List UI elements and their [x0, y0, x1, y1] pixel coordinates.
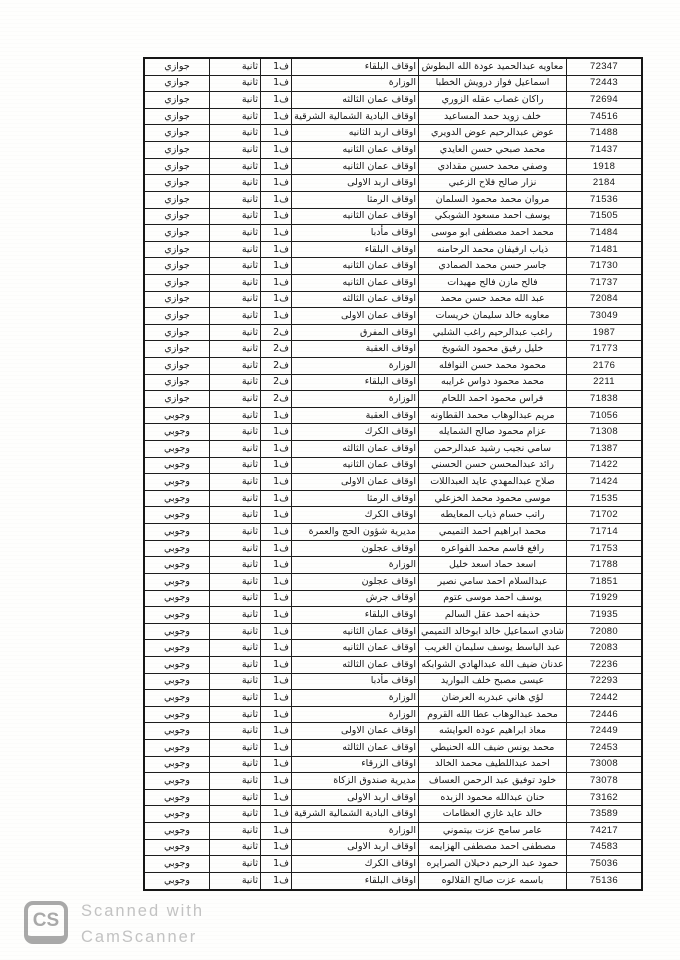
employee-name: محمد ابراهيم احمد التميمي [419, 524, 567, 541]
employee-name: سامي نجيب رشيد عبدالرحمن [419, 441, 567, 458]
tier: ثانية [210, 58, 261, 75]
employee-name: رافع قاسم محمد الفواعره [419, 540, 567, 557]
table-row: 71437محمد صبحي حسن العايدياوقاف عمان الث… [144, 142, 642, 159]
grade: ف1 [261, 690, 292, 707]
employee-name: عيسى مصبح خلف البواريد [419, 673, 567, 690]
grade: ف1 [261, 773, 292, 790]
tier: ثانية [210, 341, 261, 358]
tier: ثانية [210, 291, 261, 308]
tier: ثانية [210, 607, 261, 624]
tier: ثانية [210, 457, 261, 474]
grade: ف1 [261, 175, 292, 192]
promotion-type: وجوبي [144, 806, 210, 823]
promotion-type: وجوبي [144, 441, 210, 458]
records-table-body: 72347معاويه عبدالحميد عودة الله البطوشاو… [144, 58, 642, 890]
employee-number: 74217 [567, 823, 643, 840]
directorate: الوزارة [292, 690, 419, 707]
directorate: اوقاف البلقاء [292, 241, 419, 258]
promotion-type: وجوبي [144, 557, 210, 574]
table-row: 75136باسمه عزت صالح القلالوهاوقاف البلقا… [144, 872, 642, 890]
employee-name: خلف زويد حمد المساعيد [419, 108, 567, 125]
directorate: اوقاف البلقاء [292, 872, 419, 890]
directorate: اوقاف عمان الثالثه [292, 291, 419, 308]
directorate: اوقاف الرمثا [292, 490, 419, 507]
directorate: اوقاف عمان الثانيه [292, 457, 419, 474]
tier: ثانية [210, 640, 261, 657]
table-row: 71488عوض عبدالرحيم عوض الدويرياوقاف اربد… [144, 125, 642, 142]
tier: ثانية [210, 540, 261, 557]
directorate: اوقاف عمان الثالثه [292, 441, 419, 458]
grade: ف1 [261, 92, 292, 109]
table-row: 1918وصفي محمد حسين مقدادياوقاف عمان الثا… [144, 158, 642, 175]
employee-number: 71851 [567, 573, 643, 590]
table-row: 71702راتب حسام ذياب المعايطهاوقاف الكركف… [144, 507, 642, 524]
tier: ثانية [210, 358, 261, 375]
tier: ثانية [210, 490, 261, 507]
employee-number: 71484 [567, 225, 643, 242]
employee-name: فالح مازن فالح مهيدات [419, 274, 567, 291]
employee-name: راتب حسام ذياب المعايطه [419, 507, 567, 524]
tier: ثانية [210, 806, 261, 823]
directorate: اوقاف اربد الاولى [292, 789, 419, 806]
directorate: اوقاف عمان الثانيه [292, 158, 419, 175]
grade: ف1 [261, 640, 292, 657]
tier: ثانية [210, 773, 261, 790]
grade: ف1 [261, 75, 292, 92]
employee-name: عدنان ضيف الله عبدالهادي الشوابكه [419, 656, 567, 673]
employee-name: فراس محمود احمد اللحام [419, 391, 567, 408]
promotion-type: وجوبي [144, 773, 210, 790]
grade: ف1 [261, 540, 292, 557]
grade: ف1 [261, 656, 292, 673]
promotion-type: جوازي [144, 374, 210, 391]
employee-name: صلاح عبدالمهدي عايد العبداللات [419, 474, 567, 491]
promotion-type: جوازي [144, 108, 210, 125]
grade: ف1 [261, 125, 292, 142]
tier: ثانية [210, 856, 261, 873]
employee-number: 72694 [567, 92, 643, 109]
directorate: الوزارة [292, 75, 419, 92]
directorate: اوقاف عمان الثانيه [292, 208, 419, 225]
grade: ف1 [261, 274, 292, 291]
employee-name: خليل رفيق محمود الشويخ [419, 341, 567, 358]
table-row: 72080شادي اسماعيل خالد ابوخالد التميمياو… [144, 623, 642, 640]
table-row: 72084عبد الله محمد حسن محمداوقاف عمان ال… [144, 291, 642, 308]
grade: ف2 [261, 324, 292, 341]
directorate: اوقاف عمان الثانيه [292, 640, 419, 657]
grade: ف1 [261, 706, 292, 723]
employee-number: 71730 [567, 258, 643, 275]
table-row: 71935حذيفه احمد عقل السالماوقاف البلقاءف… [144, 607, 642, 624]
employee-number: 71536 [567, 191, 643, 208]
table-row: 72694راكان غصاب عقله الزورياوقاف عمان ال… [144, 92, 642, 109]
directorate: اوقاف عجلون [292, 540, 419, 557]
employee-name: مريم عبدالوهاب محمد القطاونه [419, 407, 567, 424]
promotion-type: جوازي [144, 241, 210, 258]
promotion-type: جوازي [144, 358, 210, 375]
tier: ثانية [210, 872, 261, 890]
promotion-type: جوازي [144, 158, 210, 175]
table-row: 71422رائد عبدالمحسن حسن الحسنياوقاف عمان… [144, 457, 642, 474]
employee-name: لؤي هاني عبدربه العرضان [419, 690, 567, 707]
employee-number: 71753 [567, 540, 643, 557]
employee-name: محمد يونس ضيف الله الحنيطي [419, 740, 567, 757]
promotion-type: جوازي [144, 391, 210, 408]
promotion-type: وجوبي [144, 474, 210, 491]
employee-number: 73008 [567, 756, 643, 773]
grade: ف1 [261, 258, 292, 275]
grade: ف1 [261, 756, 292, 773]
table-row: 71929يوسف احمد موسى عتوماوقاف جرشف1ثانية… [144, 590, 642, 607]
employee-name: اسماعيل فواز درويش الخطبا [419, 75, 567, 92]
employee-number: 71505 [567, 208, 643, 225]
promotion-type: وجوبي [144, 540, 210, 557]
promotion-type: وجوبي [144, 706, 210, 723]
directorate: اوقاف الكرك [292, 424, 419, 441]
table-row: 72443اسماعيل فواز درويش الخطباالوزارةف1ث… [144, 75, 642, 92]
grade: ف1 [261, 673, 292, 690]
promotion-type: وجوبي [144, 756, 210, 773]
table-row: 72236عدنان ضيف الله عبدالهادي الشوابكهاو… [144, 656, 642, 673]
employee-name: عامر سامح عزت بيتموني [419, 823, 567, 840]
tier: ثانية [210, 623, 261, 640]
promotion-type: وجوبي [144, 656, 210, 673]
employee-name: حذيفه احمد عقل السالم [419, 607, 567, 624]
promotion-type: وجوبي [144, 839, 210, 856]
promotion-type: وجوبي [144, 407, 210, 424]
employee-name: محمد صبحي حسن العايدي [419, 142, 567, 159]
grade: ف1 [261, 823, 292, 840]
promotion-type: جوازي [144, 258, 210, 275]
employee-name: باسمه عزت صالح القلالوه [419, 872, 567, 890]
directorate: مديرية صندوق الزكاة [292, 773, 419, 790]
table-row: 1987راغب عبدالرحيم راغب الشلبياوقاف المف… [144, 324, 642, 341]
table-row: 72446محمد عبدالوهاب عطا الله القرومالوزا… [144, 706, 642, 723]
table-row: 73162حنان عبدالله محمود الزبدهاوقاف اربد… [144, 789, 642, 806]
promotion-type: وجوبي [144, 573, 210, 590]
promotion-type: وجوبي [144, 823, 210, 840]
promotion-type: وجوبي [144, 872, 210, 890]
promotion-type: وجوبي [144, 640, 210, 657]
grade: ف1 [261, 789, 292, 806]
employee-name: راكان غصاب عقله الزوري [419, 92, 567, 109]
tier: ثانية [210, 690, 261, 707]
tier: ثانية [210, 557, 261, 574]
grade: ف1 [261, 590, 292, 607]
grade: ف1 [261, 740, 292, 757]
employee-number: 71424 [567, 474, 643, 491]
watermark-line2: CamScanner [81, 925, 204, 951]
table-row: 72442لؤي هاني عبدربه العرضانالوزارةف1ثان… [144, 690, 642, 707]
table-row: 71424صلاح عبدالمهدي عايد العبداللاتاوقاف… [144, 474, 642, 491]
camscanner-watermark-text: Scanned with CamScanner [81, 899, 204, 950]
directorate: اوقاف عمان الثالثه [292, 656, 419, 673]
directorate: الوزارة [292, 706, 419, 723]
employee-number: 73589 [567, 806, 643, 823]
tier: ثانية [210, 108, 261, 125]
directorate: اوقاف الزرقاء [292, 756, 419, 773]
employee-number: 71056 [567, 407, 643, 424]
promotion-records-table: 72347معاويه عبدالحميد عودة الله البطوشاو… [143, 57, 643, 891]
employee-name: عبد الله محمد حسن محمد [419, 291, 567, 308]
tier: ثانية [210, 823, 261, 840]
promotion-type: وجوبي [144, 457, 210, 474]
tier: ثانية [210, 75, 261, 92]
promotion-type: جوازي [144, 125, 210, 142]
tier: ثانية [210, 175, 261, 192]
table-row: 72083عبد الباسط يوسف سليمان الغريباوقاف … [144, 640, 642, 657]
employee-name: احمد عبداللطيف محمد الخالد [419, 756, 567, 773]
tier: ثانية [210, 740, 261, 757]
directorate: اوقاف جرش [292, 590, 419, 607]
employee-number: 71437 [567, 142, 643, 159]
employee-name: خالد عايد غازي العظامات [419, 806, 567, 823]
employee-name: محمد عبدالوهاب عطا الله القروم [419, 706, 567, 723]
table-row: 71714محمد ابراهيم احمد التميميمديرية شؤو… [144, 524, 642, 541]
table-row: 71056مريم عبدالوهاب محمد القطاونهاوقاف ا… [144, 407, 642, 424]
table-row: 72453محمد يونس ضيف الله الحنيطياوقاف عما… [144, 740, 642, 757]
directorate: الوزارة [292, 391, 419, 408]
directorate: اوقاف عمان الثانيه [292, 623, 419, 640]
tier: ثانية [210, 225, 261, 242]
employee-name: شادي اسماعيل خالد ابوخالد التميمي [419, 623, 567, 640]
employee-number: 2176 [567, 358, 643, 375]
directorate: اوقاف عمان الثانيه [292, 274, 419, 291]
employee-number: 1918 [567, 158, 643, 175]
grade: ف1 [261, 557, 292, 574]
tier: ثانية [210, 241, 261, 258]
employee-number: 72084 [567, 291, 643, 308]
grade: ف1 [261, 208, 292, 225]
tier: ثانية [210, 391, 261, 408]
tier: ثانية [210, 308, 261, 325]
table-row: 74583مصطفى احمد مصطفى الهزايمهاوقاف اربد… [144, 839, 642, 856]
grade: ف1 [261, 856, 292, 873]
employee-name: حمود عبد الرحيم دحيلان الصرايره [419, 856, 567, 873]
grade: ف1 [261, 457, 292, 474]
directorate: اوقاف عمان الاولى [292, 723, 419, 740]
employee-number: 2211 [567, 374, 643, 391]
table-row: 71484محمد احمد مصطفى ابو موسىاوقاف مأدبا… [144, 225, 642, 242]
promotion-type: وجوبي [144, 607, 210, 624]
tier: ثانية [210, 756, 261, 773]
employee-number: 1987 [567, 324, 643, 341]
table-row: 71481ذياب ارفيفان محمد الرحامنهاوقاف الب… [144, 241, 642, 258]
employee-number: 71737 [567, 274, 643, 291]
employee-number: 74516 [567, 108, 643, 125]
employee-number: 72446 [567, 706, 643, 723]
grade: ف1 [261, 490, 292, 507]
grade: ف1 [261, 872, 292, 890]
grade: ف1 [261, 424, 292, 441]
table-row: 73049معاويه خالد سليمان خريساتاوقاف عمان… [144, 308, 642, 325]
tier: ثانية [210, 723, 261, 740]
employee-name: راغب عبدالرحيم راغب الشلبي [419, 324, 567, 341]
employee-number: 71838 [567, 391, 643, 408]
promotion-type: وجوبي [144, 524, 210, 541]
employee-number: 71387 [567, 441, 643, 458]
tier: ثانية [210, 142, 261, 159]
directorate: اوقاف العقبة [292, 407, 419, 424]
table-row: 2176محمود محمد حسن النوافلهالوزارةف2ثاني… [144, 358, 642, 375]
directorate: مديرية شؤون الحج والعمرة [292, 524, 419, 541]
promotion-type: وجوبي [144, 723, 210, 740]
promotion-type: جوازي [144, 291, 210, 308]
table-row: 2211محمد محمود دواس غرايبهاوقاف البلقاءف… [144, 374, 642, 391]
grade: ف1 [261, 225, 292, 242]
employee-number: 71422 [567, 457, 643, 474]
directorate: اوقاف البادية الشمالية الشرقية [292, 806, 419, 823]
promotion-type: جوازي [144, 341, 210, 358]
directorate: اوقاف عمان الثانيه [292, 142, 419, 159]
table-row: 71536مروان محمد محمود السلماناوقاف الرمث… [144, 191, 642, 208]
grade: ف1 [261, 308, 292, 325]
grade: ف1 [261, 58, 292, 75]
employee-number: 71935 [567, 607, 643, 624]
employee-name: وصفي محمد حسين مقدادي [419, 158, 567, 175]
employee-number: 2184 [567, 175, 643, 192]
tier: ثانية [210, 706, 261, 723]
tier: ثانية [210, 656, 261, 673]
grade: ف1 [261, 407, 292, 424]
employee-number: 72453 [567, 740, 643, 757]
employee-number: 71702 [567, 507, 643, 524]
directorate: الوزارة [292, 823, 419, 840]
employee-number: 71481 [567, 241, 643, 258]
employee-name: عبد الباسط يوسف سليمان الغريب [419, 640, 567, 657]
tier: ثانية [210, 208, 261, 225]
grade: ف1 [261, 441, 292, 458]
table-row: 71505يوسف احمد مسعود الشوبكياوقاف عمان ا… [144, 208, 642, 225]
promotion-type: وجوبي [144, 789, 210, 806]
table-row: 71730جاسر حسن محمد الصمادياوقاف عمان الث… [144, 258, 642, 275]
directorate: الوزارة [292, 557, 419, 574]
tier: ثانية [210, 441, 261, 458]
directorate: اوقاف البلقاء [292, 58, 419, 75]
tier: ثانية [210, 524, 261, 541]
promotion-type: جوازي [144, 208, 210, 225]
employee-name: رائد عبدالمحسن حسن الحسني [419, 457, 567, 474]
directorate: اوقاف عجلون [292, 573, 419, 590]
employee-name: عبدالسلام احمد سامي نصير [419, 573, 567, 590]
table-row: 73078خلود توفيق عبد الرحمن العسافمديرية … [144, 773, 642, 790]
employee-number: 72442 [567, 690, 643, 707]
employee-name: معاويه خالد سليمان خريسات [419, 308, 567, 325]
promotion-type: جوازي [144, 58, 210, 75]
employee-number: 72449 [567, 723, 643, 740]
table-row: 75036حمود عبد الرحيم دحيلان الصرايرهاوقا… [144, 856, 642, 873]
promotion-type: جوازي [144, 142, 210, 159]
directorate: اوقاف عمان الثانيه [292, 258, 419, 275]
directorate: اوقاف الرمثا [292, 191, 419, 208]
grade: ف1 [261, 142, 292, 159]
employee-number: 73078 [567, 773, 643, 790]
employee-name: عوض عبدالرحيم عوض الدويري [419, 125, 567, 142]
grade: ف1 [261, 474, 292, 491]
table-row: 71737فالح مازن فالح مهيداتاوقاف عمان الث… [144, 274, 642, 291]
employee-number: 71535 [567, 490, 643, 507]
employee-number: 74583 [567, 839, 643, 856]
promotion-type: جوازي [144, 191, 210, 208]
grade: ف1 [261, 241, 292, 258]
directorate: اوقاف عمان الاولى [292, 474, 419, 491]
tier: ثانية [210, 424, 261, 441]
promotion-type: وجوبي [144, 740, 210, 757]
employee-name: يوسف احمد موسى عتوم [419, 590, 567, 607]
employee-name: مصطفى احمد مصطفى الهزايمه [419, 839, 567, 856]
promotion-type: جوازي [144, 225, 210, 242]
directorate: اوقاف اربد الاولى [292, 839, 419, 856]
employee-number: 72083 [567, 640, 643, 657]
tier: ثانية [210, 158, 261, 175]
employee-number: 75036 [567, 856, 643, 873]
employee-name: محمد احمد مصطفى ابو موسى [419, 225, 567, 242]
directorate: اوقاف عمان الثالثه [292, 740, 419, 757]
tier: ثانية [210, 92, 261, 109]
tier: ثانية [210, 474, 261, 491]
tier: ثانية [210, 324, 261, 341]
tier: ثانية [210, 191, 261, 208]
directorate: اوقاف عمان الاولى [292, 308, 419, 325]
employee-name: يوسف احمد مسعود الشوبكي [419, 208, 567, 225]
employee-name: حنان عبدالله محمود الزبده [419, 789, 567, 806]
employee-name: محمد محمود دواس غرايبه [419, 374, 567, 391]
promotion-type: جوازي [144, 175, 210, 192]
tier: ثانية [210, 789, 261, 806]
table-row: 73008احمد عبداللطيف محمد الخالداوقاف الز… [144, 756, 642, 773]
directorate: اوقاف العقبة [292, 341, 419, 358]
grade: ف1 [261, 723, 292, 740]
promotion-type: وجوبي [144, 490, 210, 507]
scanned-document-page: 72347معاويه عبدالحميد عودة الله البطوشاو… [0, 0, 680, 960]
employee-number: 72080 [567, 623, 643, 640]
table-row: 74217عامر سامح عزت بيتمونيالوزارةف1ثانية… [144, 823, 642, 840]
employee-name: نزار صالح فلاح الزعبي [419, 175, 567, 192]
employee-name: مروان محمد محمود السلمان [419, 191, 567, 208]
promotion-type: جوازي [144, 92, 210, 109]
camscanner-logo-icon: CS [24, 901, 68, 944]
table-row: 73589خالد عايد غازي العظاماتاوقاف البادي… [144, 806, 642, 823]
directorate: اوقاف البادية الشمالية الشرقية [292, 108, 419, 125]
employee-number: 71929 [567, 590, 643, 607]
employee-name: معاذ ابراهيم عوده العوايشه [419, 723, 567, 740]
grade: ف1 [261, 291, 292, 308]
grade: ف1 [261, 108, 292, 125]
promotion-type: وجوبي [144, 623, 210, 640]
directorate: اوقاف عمان الثالثه [292, 92, 419, 109]
employee-number: 73049 [567, 308, 643, 325]
employee-number: 71788 [567, 557, 643, 574]
table-row: 71387سامي نجيب رشيد عبدالرحمناوقاف عمان … [144, 441, 642, 458]
grade: ف1 [261, 158, 292, 175]
tier: ثانية [210, 407, 261, 424]
grade: ف2 [261, 374, 292, 391]
tier: ثانية [210, 507, 261, 524]
employee-name: اسعد حماد اسعد خليل [419, 557, 567, 574]
grade: ف1 [261, 607, 292, 624]
table-row: 72293عيسى مصبح خلف البواريداوقاف مأدباف1… [144, 673, 642, 690]
grade: ف1 [261, 524, 292, 541]
employee-name: محمود محمد حسن النوافله [419, 358, 567, 375]
employee-number: 71773 [567, 341, 643, 358]
promotion-type: وجوبي [144, 856, 210, 873]
employee-name: معاويه عبدالحميد عودة الله البطوش [419, 58, 567, 75]
table-row: 71535موسى محمود محمد الخزعلياوقاف الرمثا… [144, 490, 642, 507]
employee-name: موسى محمود محمد الخزعلي [419, 490, 567, 507]
directorate: اوقاف اربد الثانيه [292, 125, 419, 142]
camscanner-watermark: CS Scanned with CamScanner [24, 901, 204, 950]
table-row: 71773خليل رفيق محمود الشويخاوقاف العقبةف… [144, 341, 642, 358]
